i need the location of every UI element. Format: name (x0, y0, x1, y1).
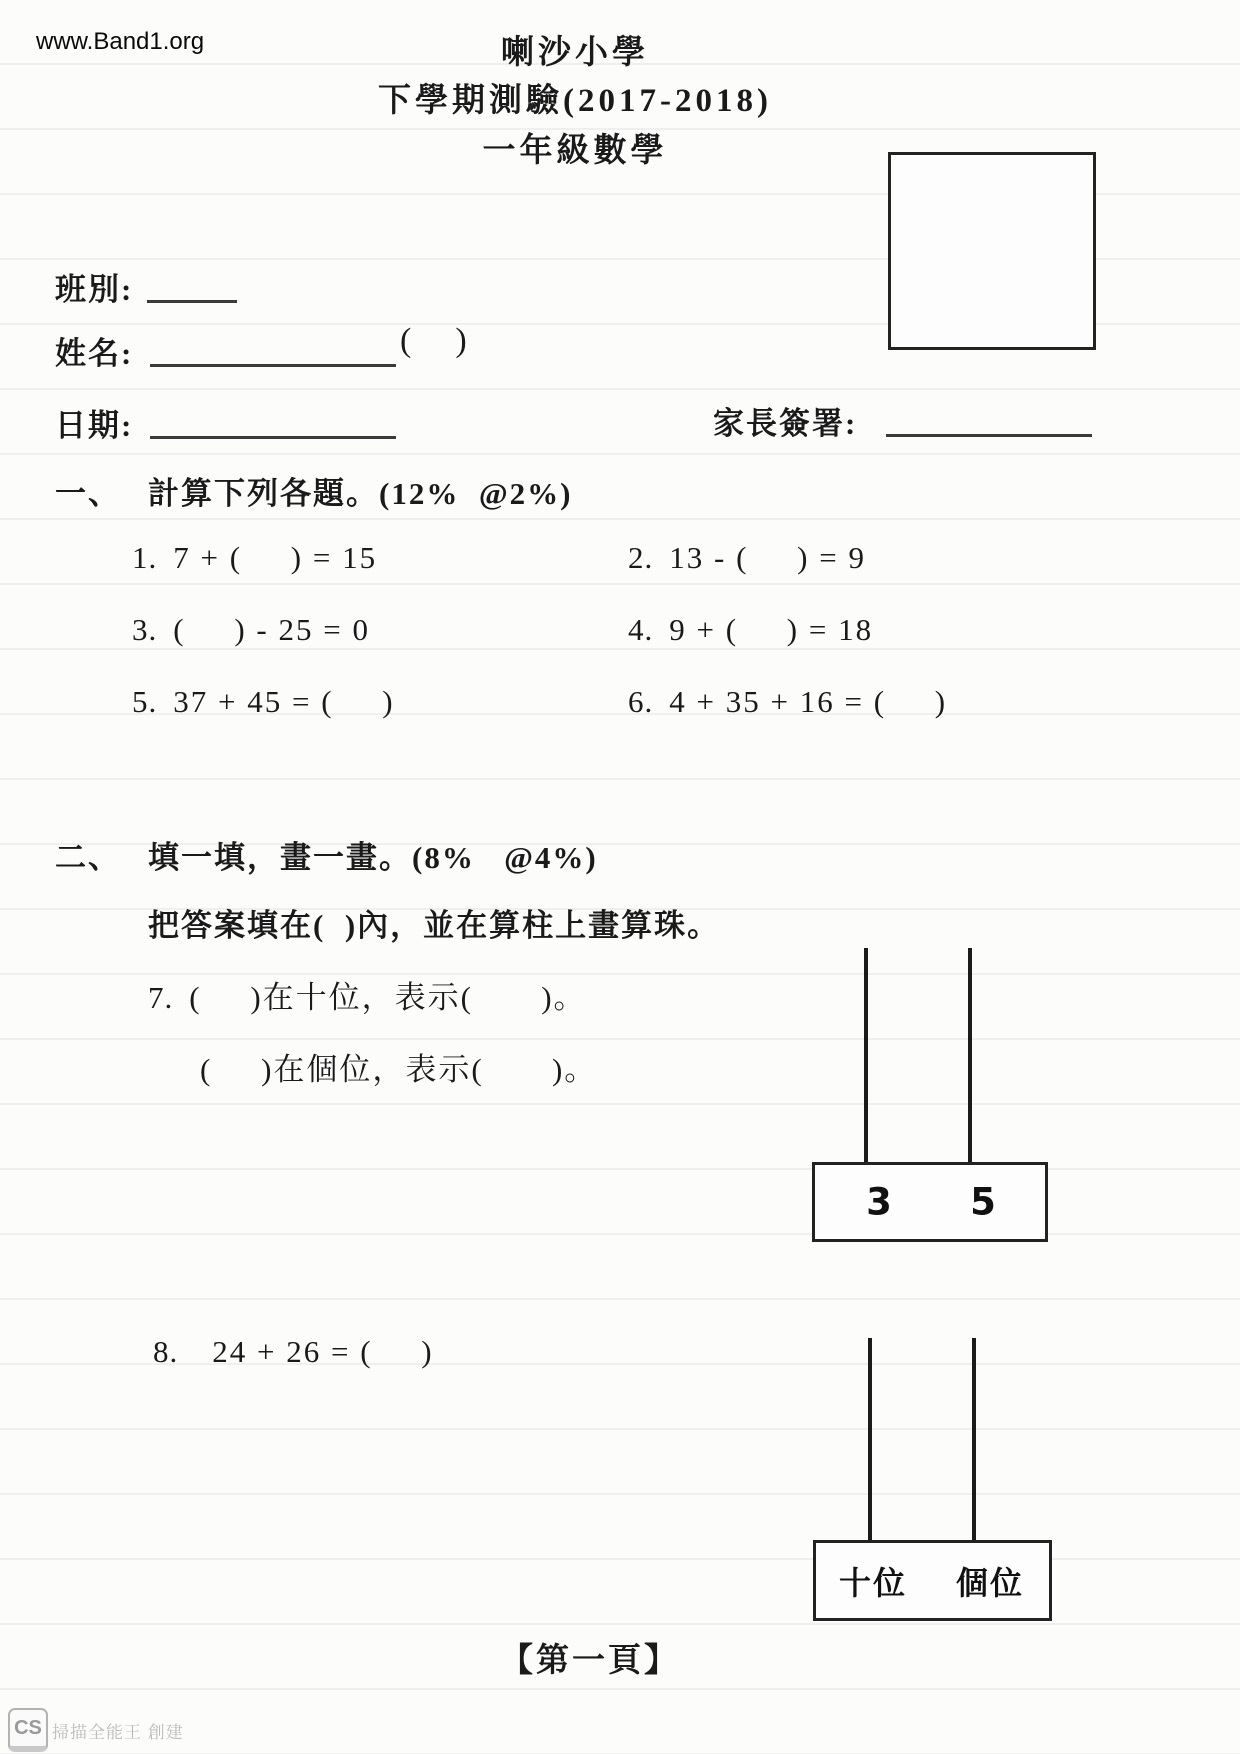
date-label: 日期: (55, 400, 133, 445)
question-5-number: 5. (132, 684, 157, 719)
abacus2-label-box: 十位 個位 (813, 1540, 1052, 1621)
score-box (888, 152, 1096, 350)
question-6-number: 6. (628, 684, 653, 719)
scanned-test-page: www.Band1.org 喇沙小學 下學期測驗(2017-2018) 一年級數… (0, 0, 1240, 1754)
abacus1-ones-rod (968, 948, 972, 1164)
question-1: 1.7 + ( ) = 15 (132, 540, 377, 576)
question-7-number: 7. (148, 980, 173, 1015)
question-8-text: 24 + 26 = ( ) (212, 1334, 433, 1369)
abacus2-tens-label: 十位 (833, 1558, 913, 1604)
question-2-number: 2. (628, 540, 653, 575)
abacus2-ones-rod (972, 1338, 976, 1541)
question-3-number: 3. (132, 612, 157, 647)
question-8-number: 8. (153, 1334, 178, 1369)
parent-signature-label: 家長簽署: (713, 398, 857, 443)
section2-index: 二、 (55, 832, 121, 877)
question-4-text: 9 + ( ) = 18 (669, 612, 873, 647)
abacus1-tens-value: 3 (857, 1181, 901, 1224)
question-8: 8.24 + 26 = ( ) (153, 1334, 434, 1370)
page-number: 【第一頁】 (500, 1643, 680, 1679)
question-7-line2-text: ( )在個位，表示( )。 (200, 1044, 597, 1089)
question-7-line1-text: ( )在十位，表示( )。 (189, 980, 586, 1015)
section2-instruction: 把答案填在( )內，並在算柱上畫算珠。 (148, 900, 720, 945)
camscanner-credit: 掃描全能王 創建 (52, 1718, 184, 1743)
question-3: 3.( ) - 25 = 0 (132, 612, 370, 648)
question-3-text: ( ) - 25 = 0 (173, 612, 370, 647)
question-5-text: 37 + 45 = ( ) (173, 684, 394, 719)
question-7-line1: 7.( )在十位，表示( )。 (148, 972, 587, 1017)
abacus1-value-box: 3 5 (812, 1162, 1048, 1242)
school-name: 喇沙小學 (0, 26, 1150, 73)
section1-index: 一、 (55, 468, 121, 513)
section2-heading: 填一填，畫一畫。(8% @4%) (148, 832, 598, 877)
question-4-number: 4. (628, 612, 653, 647)
camscanner-logo-text: CS (14, 1717, 42, 1740)
question-4: 4.9 + ( ) = 18 (628, 612, 873, 648)
question-1-number: 1. (132, 540, 157, 575)
footer: 【第一頁】 (0, 1634, 1180, 1681)
question-5: 5.37 + 45 = ( ) (132, 684, 395, 720)
abacus1-tens-rod (864, 948, 868, 1164)
question-6: 6.4 + 35 + 16 = ( ) (628, 684, 947, 720)
question-2-text: 13 - ( ) = 9 (669, 540, 866, 575)
question-1-text: 7 + ( ) = 15 (173, 540, 377, 575)
abacus1-ones-value: 5 (961, 1181, 1005, 1224)
name-class-number-parens: ( ) (400, 322, 469, 360)
abacus2-ones-label: 個位 (950, 1558, 1030, 1604)
camscanner-logo-icon: CS (8, 1708, 48, 1752)
name-blank (150, 328, 396, 367)
class-blank (147, 264, 237, 303)
section1-heading: 計算下列各題。(12% @2%) (148, 468, 572, 513)
abacus2-tens-rod (868, 1338, 872, 1541)
question-2: 2.13 - ( ) = 9 (628, 540, 866, 576)
date-blank (150, 400, 396, 439)
exam-title: 下學期測驗(2017-2018) (0, 74, 1150, 121)
question-6-text: 4 + 35 + 16 = ( ) (669, 684, 947, 719)
name-label: 姓名: (55, 328, 133, 373)
parent-signature-blank (886, 398, 1092, 437)
class-label: 班別: (55, 264, 133, 309)
